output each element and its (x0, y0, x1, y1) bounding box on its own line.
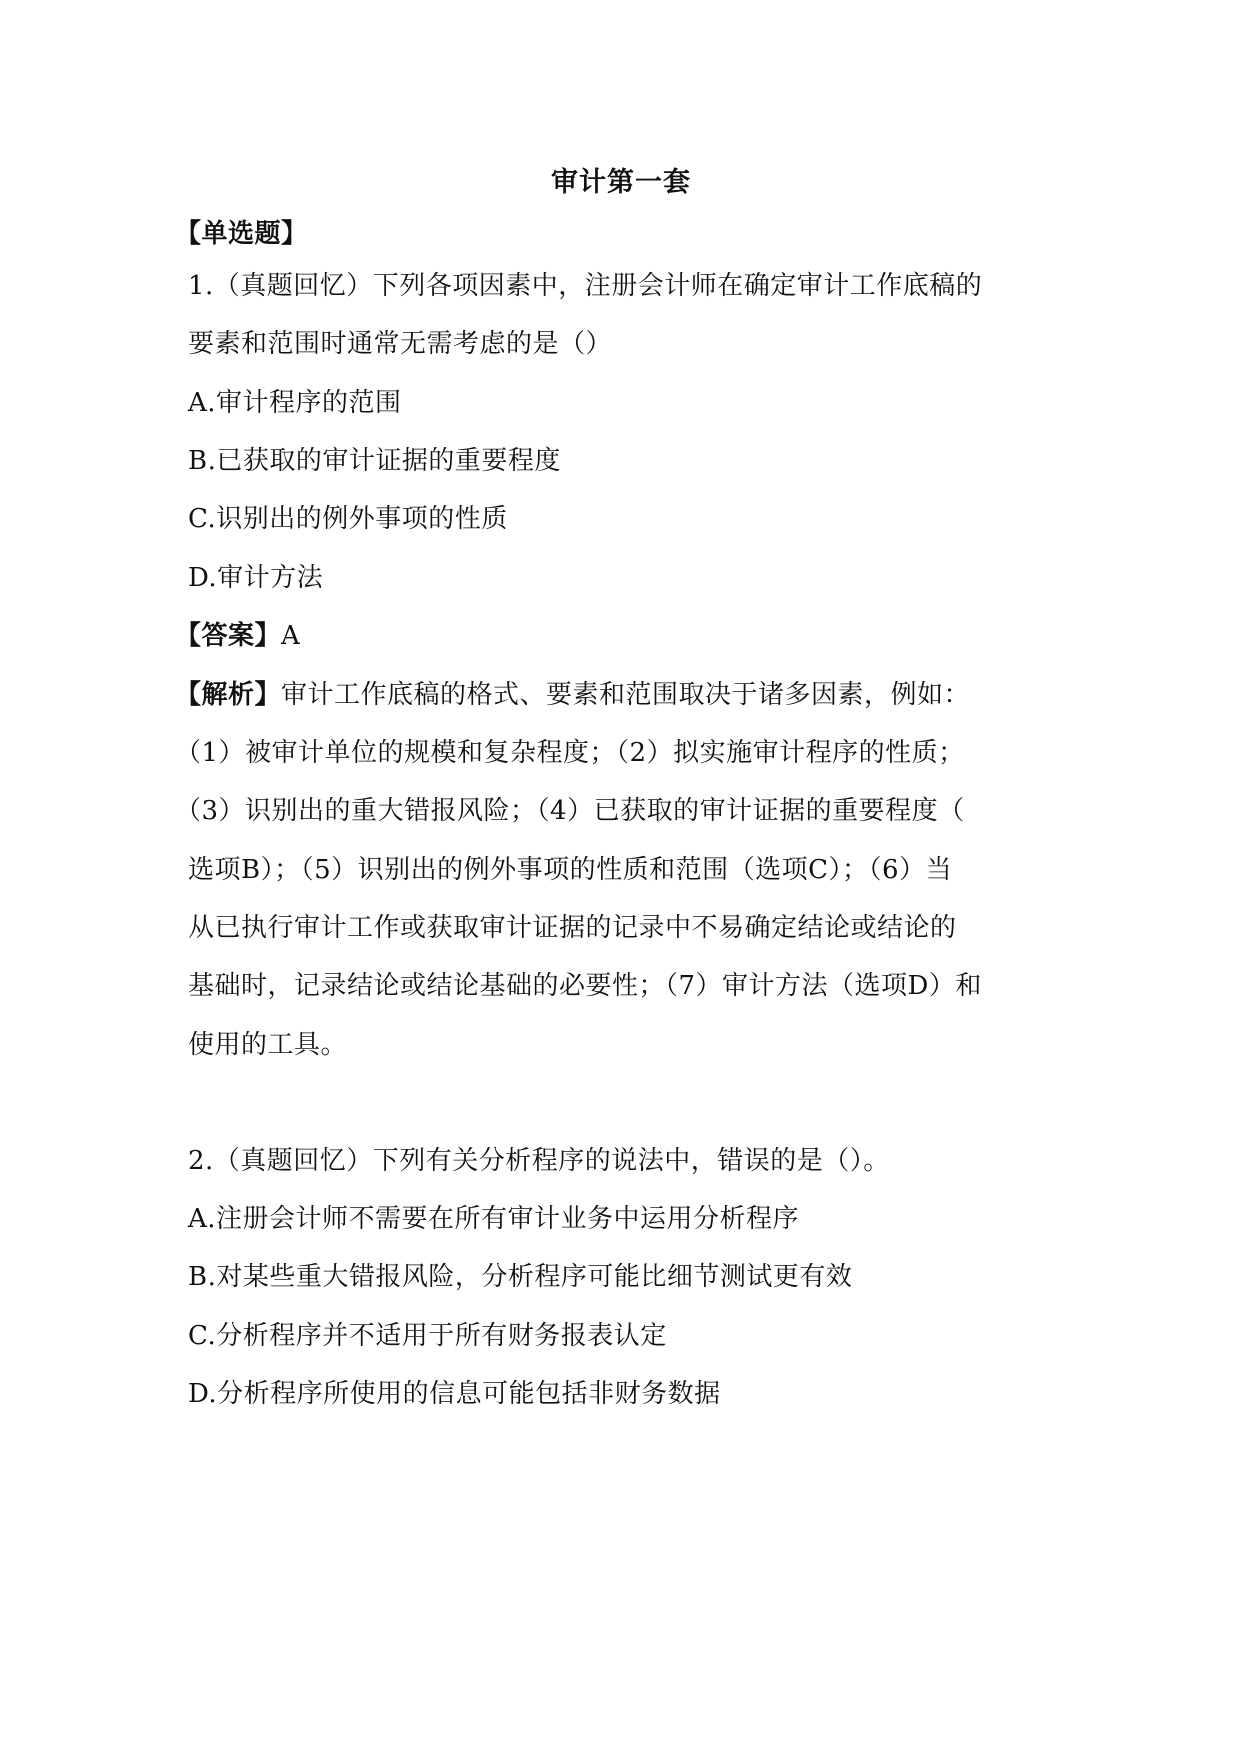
question-1-option-b: B.已获取的审计证据的重要程度 (188, 440, 1068, 477)
question-2-option-d: D.分析程序所使用的信息可能包括非财务数据 (188, 1373, 1068, 1410)
section-heading: 【单选题】 (175, 213, 1055, 250)
answer-label: 【答案】 (175, 621, 281, 651)
question-1-analysis-line-7: 使用的工具。 (188, 1024, 1068, 1061)
question-1-analysis-line-6: 基础时，记录结论或结论基础的必要性；（7）审计方法（选项D）和 (188, 965, 1068, 1002)
question-1-stem-line-2: 要素和范围时通常无需考虑的是（） (188, 323, 1068, 360)
question-1-analysis-line-4: 选项B）；（5）识别出的例外事项的性质和范围（选项C）；（6）当 (188, 849, 1068, 886)
question-2-option-b: B.对某些重大错报风险，分析程序可能比细节测试更有效 (188, 1256, 1068, 1293)
question-1-analysis-line-1: 【解析】审计工作底稿的格式、要素和范围取决于诸多因素，例如： (175, 674, 1055, 711)
question-1-analysis-line-2: （1）被审计单位的规模和复杂程度；（2）拟实施审计程序的性质； (175, 732, 1055, 769)
answer-value: A (281, 621, 300, 651)
question-1-answer: 【答案】A (175, 615, 1055, 652)
question-1-option-a: A.审计程序的范围 (188, 382, 1068, 419)
question-2-stem-line-1: 2.（真题回忆）下列有关分析程序的说法中，错误的是（）。 (188, 1140, 1068, 1177)
document-title: 审计第一套 (0, 160, 1242, 199)
question-1-stem-line-1: 1.（真题回忆）下列各项因素中，注册会计师在确定审计工作底稿的 (188, 265, 1068, 302)
analysis-label: 【解析】 (175, 680, 281, 710)
question-2-option-c: C.分析程序并不适用于所有财务报表认定 (188, 1315, 1068, 1352)
document-page: 审计第一套 【单选题】 1.（真题回忆）下列各项因素中，注册会计师在确定审计工作… (0, 0, 1242, 1757)
question-1-analysis-line-3: （3）识别出的重大错报风险；（4）已获取的审计证据的重要程度（ (175, 790, 1055, 827)
question-1-analysis-line-5: 从已执行审计工作或获取审计证据的记录中不易确定结论或结论的 (188, 907, 1068, 944)
question-2-option-a: A.注册会计师不需要在所有审计业务中运用分析程序 (188, 1198, 1068, 1235)
question-1-option-c: C.识别出的例外事项的性质 (188, 498, 1068, 535)
analysis-text: 审计工作底稿的格式、要素和范围取决于诸多因素，例如： (281, 680, 970, 710)
question-1-option-d: D.审计方法 (188, 557, 1068, 594)
